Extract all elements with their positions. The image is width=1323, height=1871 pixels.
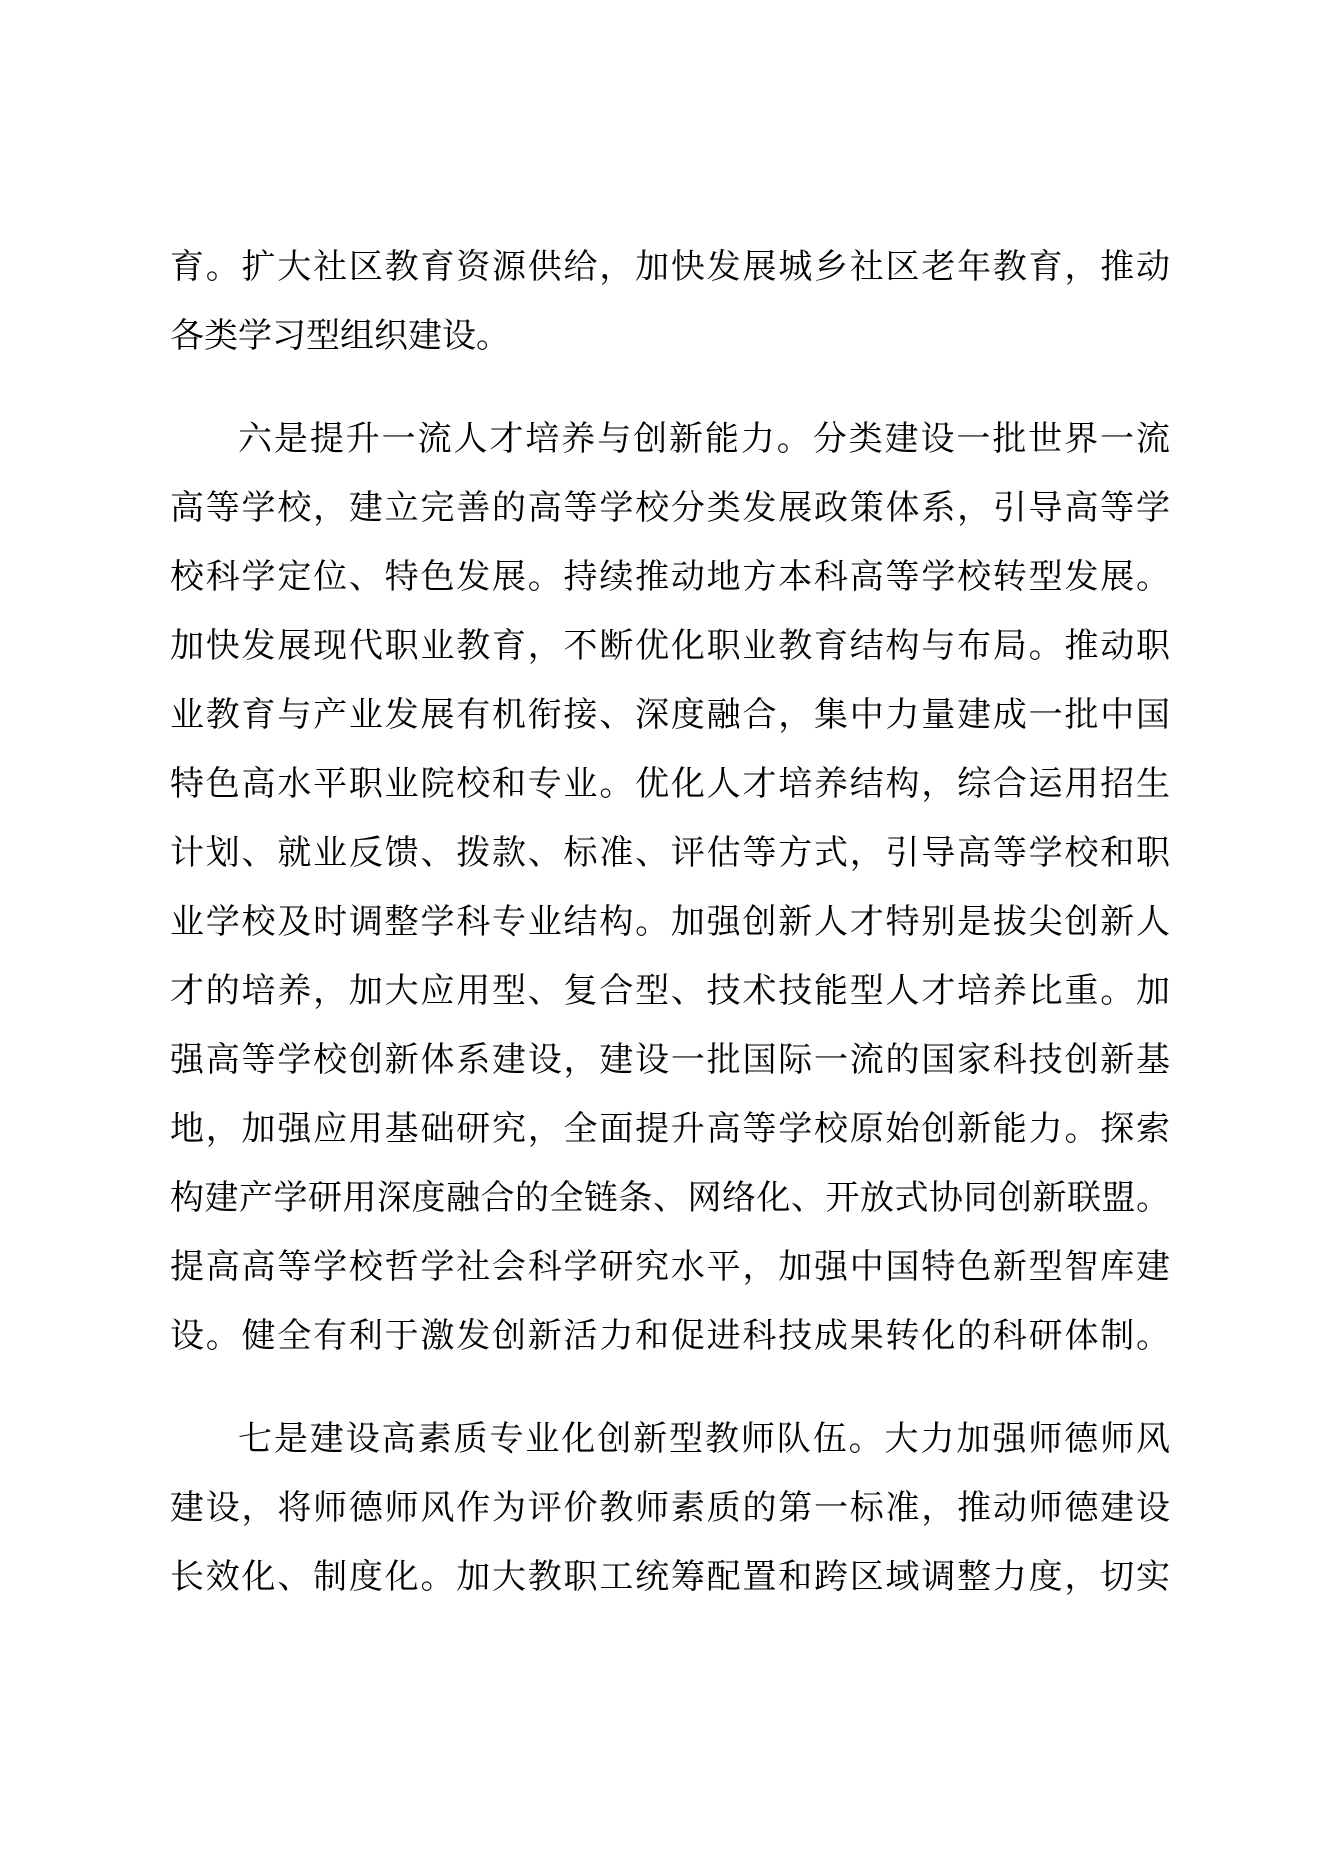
text-line: 长效化、制度化。加大教职工统筹配置和跨区域调整力度，切实 xyxy=(170,1543,1170,1612)
text-line: 设。健全有利于激发创新活力和促进科技成果转化的科研体制。 xyxy=(170,1302,1170,1371)
text-line: 才的培养，加大应用型、复合型、技术技能型人才培养比重。加 xyxy=(170,957,1170,1026)
text-line: 特色高水平职业院校和专业。优化人才培养结构，综合运用招生 xyxy=(170,750,1170,819)
text-line: 育。扩大社区教育资源供给，加快发展城乡社区老年教育，推动 xyxy=(170,233,1170,302)
paragraph: 六是提升一流人才培养与创新能力。分类建设一批世界一流高等学校，建立完善的高等学校… xyxy=(170,405,1170,1371)
document-page: 育。扩大社区教育资源供给，加快发展城乡社区老年教育，推动各类学习型组织建设。六是… xyxy=(0,0,1323,1871)
text-line: 提高高等学校哲学社会科学研究水平，加强中国特色新型智库建 xyxy=(170,1233,1170,1302)
document-body: 育。扩大社区教育资源供给，加快发展城乡社区老年教育，推动各类学习型组织建设。六是… xyxy=(170,233,1170,1612)
text-line: 业学校及时调整学科专业结构。加强创新人才特别是拔尖创新人 xyxy=(170,888,1170,957)
text-line: 六是提升一流人才培养与创新能力。分类建设一批世界一流 xyxy=(170,405,1170,474)
text-line: 各类学习型组织建设。 xyxy=(170,302,1170,371)
text-line: 强高等学校创新体系建设，建设一批国际一流的国家科技创新基 xyxy=(170,1026,1170,1095)
text-line: 地，加强应用基础研究，全面提升高等学校原始创新能力。探索 xyxy=(170,1095,1170,1164)
text-line: 七是建设高素质专业化创新型教师队伍。大力加强师德师风 xyxy=(170,1405,1170,1474)
text-line: 校科学定位、特色发展。持续推动地方本科高等学校转型发展。 xyxy=(170,543,1170,612)
text-line: 建设，将师德师风作为评价教师素质的第一标准，推动师德建设 xyxy=(170,1474,1170,1543)
text-line: 计划、就业反馈、拨款、标准、评估等方式，引导高等学校和职 xyxy=(170,819,1170,888)
text-line: 业教育与产业发展有机衔接、深度融合，集中力量建成一批中国 xyxy=(170,681,1170,750)
paragraph: 育。扩大社区教育资源供给，加快发展城乡社区老年教育，推动各类学习型组织建设。 xyxy=(170,233,1170,371)
text-line: 构建产学研用深度融合的全链条、网络化、开放式协同创新联盟。 xyxy=(170,1164,1170,1233)
text-line: 高等学校，建立完善的高等学校分类发展政策体系，引导高等学 xyxy=(170,474,1170,543)
paragraph: 七是建设高素质专业化创新型教师队伍。大力加强师德师风建设，将师德师风作为评价教师… xyxy=(170,1405,1170,1612)
text-line: 加快发展现代职业教育，不断优化职业教育结构与布局。推动职 xyxy=(170,612,1170,681)
